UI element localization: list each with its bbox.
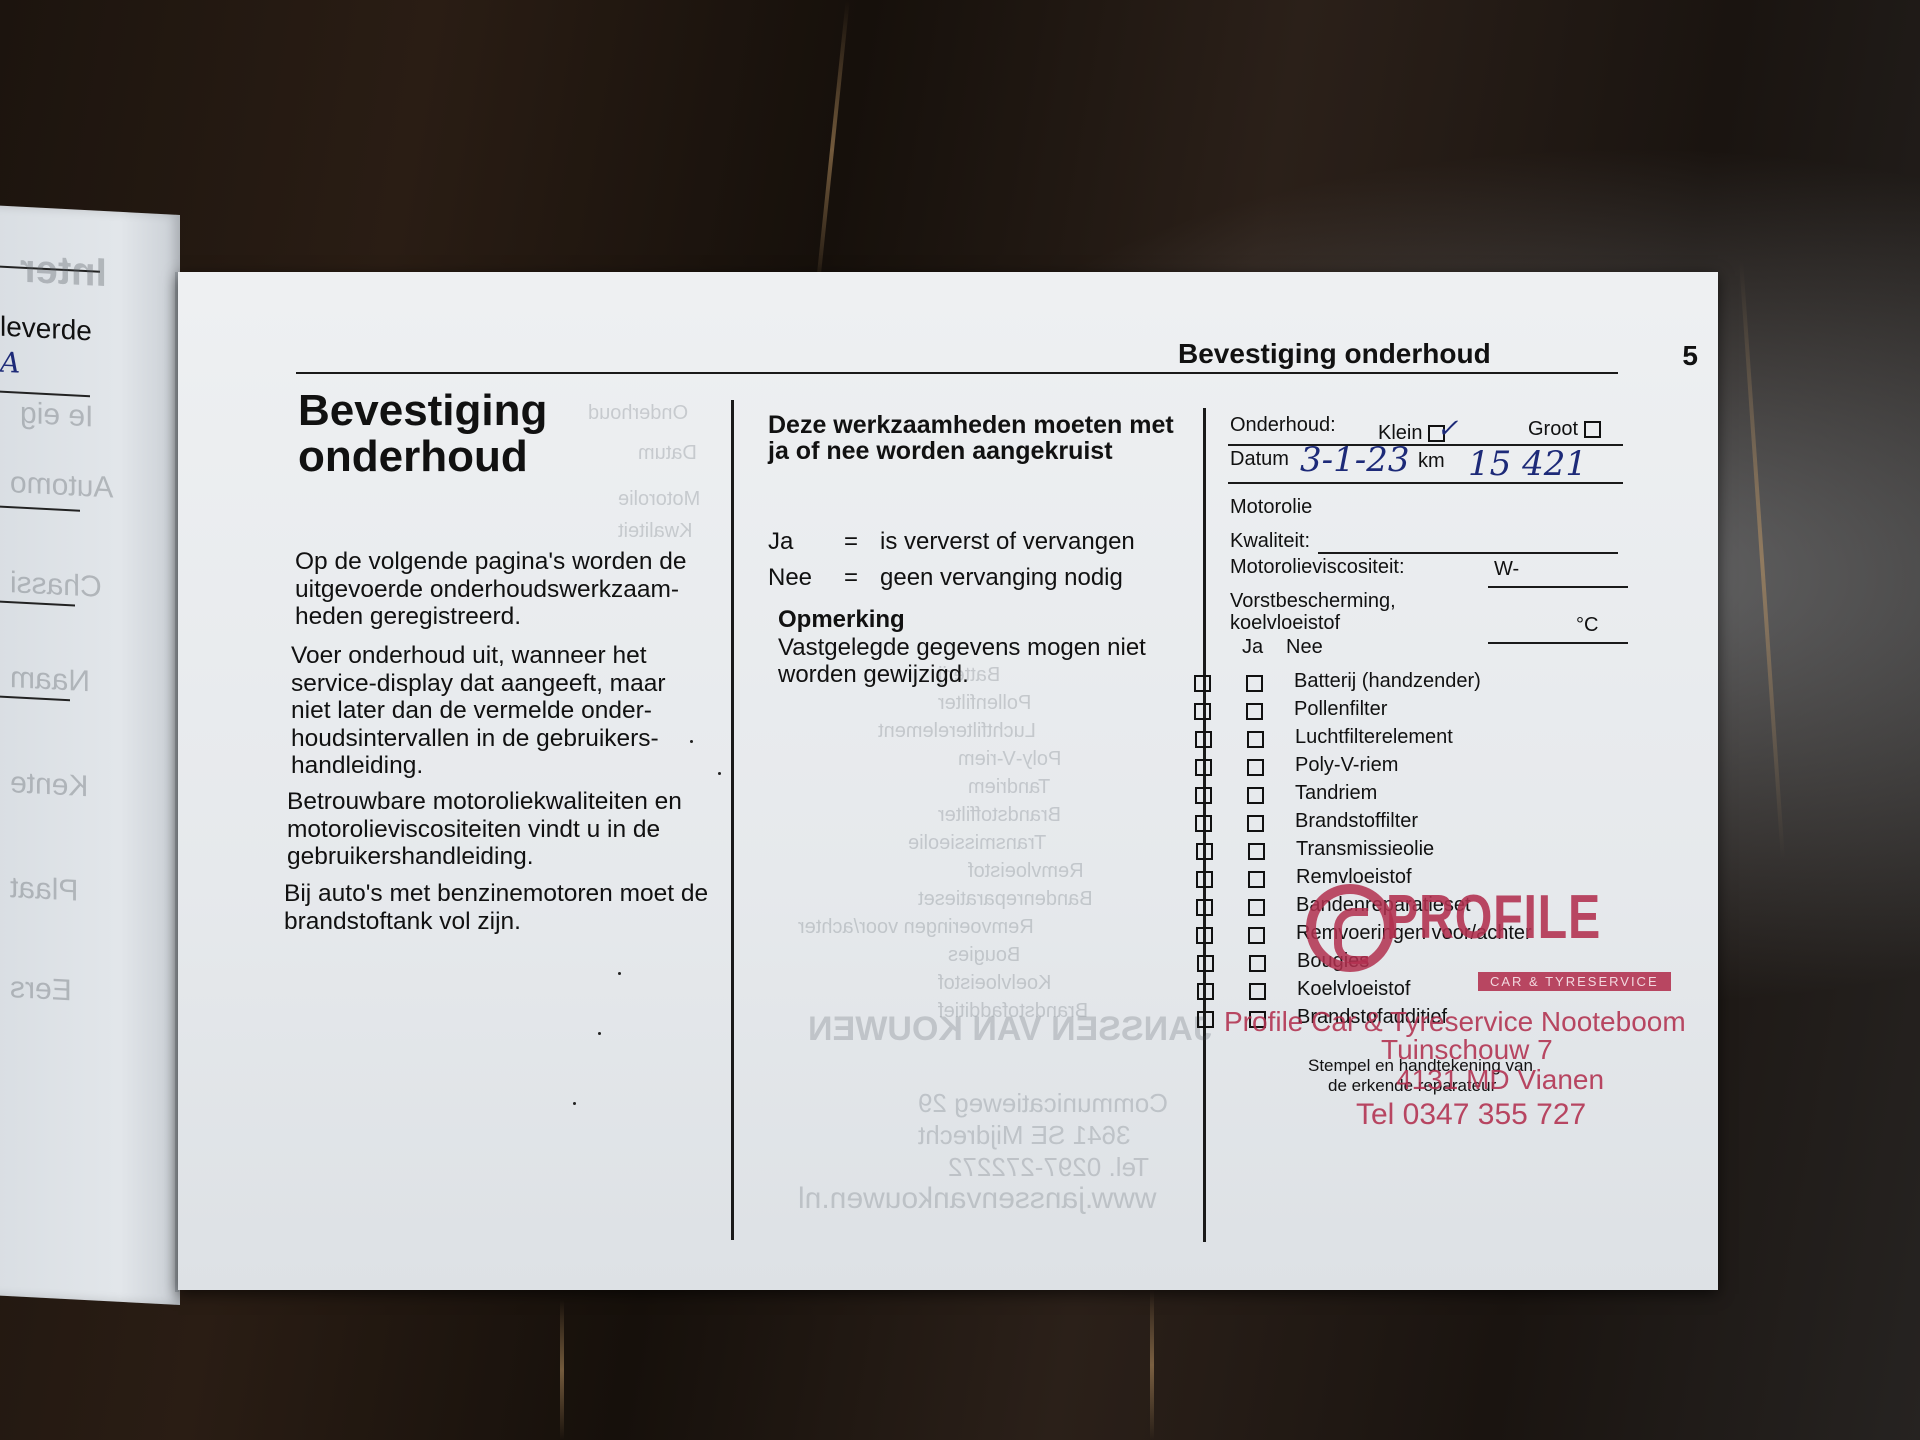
intro-paragraph: Op de volgende pagina's worden de uitgev… [295, 548, 715, 631]
viscositeit-label: Motorolieviscositeit: [1230, 556, 1405, 579]
stamp-city: 4131 MD Vianen [1396, 1064, 1604, 1096]
kwaliteit-label: Kwaliteit: [1230, 530, 1310, 553]
remark-title: Opmerking [778, 606, 905, 634]
bleed-through-text: Pollenfilter [938, 692, 1031, 715]
bleed-through-text: Automo [10, 466, 113, 505]
form-rule [0, 390, 90, 398]
stamp-phone: Tel 0347 355 727 [1356, 1098, 1586, 1132]
bleed-through-stamp: www.janssenvankouwen.nl [798, 1182, 1157, 1216]
marble-vein [1739, 261, 1785, 860]
checklist-item-label: Koelvloeistof [1297, 978, 1410, 1001]
form-rule [1228, 482, 1623, 484]
motorolie-label: Motorolie [1230, 496, 1312, 519]
ja-checkbox[interactable] [1195, 815, 1212, 832]
viscositeit-prefix: W- [1494, 558, 1519, 581]
nee-checkbox[interactable] [1248, 843, 1265, 860]
handwritten-entry: A [0, 346, 20, 380]
ja-checkbox[interactable] [1197, 1011, 1214, 1028]
nee-checkbox[interactable] [1246, 703, 1263, 720]
bleed-through-text: Kente [10, 766, 88, 804]
km-label: km [1418, 450, 1445, 473]
bleed-through-stamp: Communicatieweg 29 [918, 1088, 1168, 1119]
ink-speck [618, 972, 621, 975]
stamp-street: Tuinschouw 7 [1381, 1034, 1553, 1066]
onderhoud-label: Onderhoud: [1230, 414, 1336, 437]
bleed-through-text: Naam [10, 661, 90, 699]
page-title: Bevestiging onderhoud [298, 388, 547, 480]
ja-checkbox[interactable] [1195, 731, 1212, 748]
intro-paragraph: Voer onderhoud uit, wanneer het service-… [291, 642, 696, 780]
legend-key: Nee [768, 564, 812, 592]
bleed-through-text: Chassi [10, 566, 102, 605]
datum-label: Datum [1230, 448, 1289, 471]
datum-value[interactable]: 3-1-23 [1300, 440, 1410, 480]
column-nee-header: Nee [1286, 636, 1323, 659]
ja-checkbox[interactable] [1194, 675, 1211, 692]
bleed-through-text: Motorolie [618, 488, 700, 511]
legend-equals: = [844, 528, 858, 556]
checklist-item-label: Transmissieolie [1296, 838, 1434, 861]
title-line: Bevestiging [298, 388, 547, 434]
legend-meaning: is ververst of vervangen [880, 528, 1135, 556]
viscositeit-field[interactable] [1488, 586, 1628, 588]
ink-speck [598, 1032, 601, 1035]
bleed-through-text: Onderhoud [588, 402, 688, 425]
service-page: Bevestiging onderhoud 5 Onderhoud Datum … [178, 272, 1718, 1290]
km-value[interactable]: 15 421 [1468, 444, 1587, 484]
bleed-through-text: Brandstoffilter [938, 804, 1061, 827]
bleed-through-stamp: 3641 SE Mijdrecht [918, 1120, 1130, 1151]
bleed-through-text: Eers [10, 971, 72, 1008]
nee-checkbox[interactable] [1248, 871, 1265, 888]
groot-checkbox[interactable] [1584, 421, 1601, 438]
bleed-through-stamp: JANSSEN VAN KOUWEN [808, 1010, 1212, 1049]
bleed-through-text: Ie eig [20, 397, 93, 435]
checklist-item-label: Batterij (handzender) [1294, 670, 1481, 693]
bleed-through-text: Koelvloeistof [938, 972, 1051, 995]
nee-checkbox[interactable] [1247, 731, 1264, 748]
title-line: onderhoud [298, 434, 547, 480]
nee-checkbox[interactable] [1248, 899, 1265, 916]
legend-key: Ja [768, 528, 793, 556]
nee-checkbox[interactable] [1249, 983, 1266, 1000]
ja-checkbox[interactable] [1195, 759, 1212, 776]
stamp-brand: PROFILE [1386, 882, 1601, 953]
marble-vein [1150, 1290, 1154, 1440]
nee-checkbox[interactable] [1247, 787, 1264, 804]
instructions-heading: Deze werkzaamheden moeten met ja of nee … [768, 412, 1188, 464]
ja-checkbox[interactable] [1196, 899, 1213, 916]
marble-vein [560, 1300, 564, 1440]
ja-checkbox[interactable] [1196, 843, 1213, 860]
bleed-through-text: Plaat [10, 871, 78, 909]
nee-checkbox[interactable] [1247, 759, 1264, 776]
legend-equals: = [844, 564, 858, 592]
left-page-text: leverde [0, 311, 92, 348]
nee-checkbox[interactable] [1248, 927, 1265, 944]
ink-speck [573, 1102, 576, 1105]
intro-paragraph: Bij auto's met benzinemotoren moet de br… [284, 880, 714, 935]
bleed-through-text: Transmissieolie [908, 832, 1046, 855]
ja-checkbox[interactable] [1197, 983, 1214, 1000]
checklist-item-label: Pollenfilter [1294, 698, 1387, 721]
column-divider [731, 400, 734, 1240]
bleed-through-text: Inter [20, 247, 107, 297]
intro-paragraph: Betrouwbare motoroliekwaliteiten en moto… [287, 788, 717, 871]
previous-page: leverde A Inter Ie eig Automo Chassi Naa… [0, 205, 180, 1305]
checklist-item-label: Brandstoffilter [1295, 810, 1418, 833]
column-ja-header: Ja [1242, 636, 1263, 659]
profile-logo-icon [1306, 884, 1394, 972]
groot-label: Groot [1528, 418, 1578, 440]
marble-vein [814, 1, 849, 300]
nee-checkbox[interactable] [1246, 675, 1263, 692]
legend-meaning: geen vervanging nodig [880, 564, 1123, 592]
bleed-through-stamp: Tel. 0297-272272 [948, 1152, 1149, 1183]
vorst-field[interactable] [1488, 642, 1628, 644]
ja-checkbox[interactable] [1196, 927, 1213, 944]
bleed-through-text: Datum [638, 442, 697, 465]
ja-checkbox[interactable] [1195, 787, 1212, 804]
ja-checkbox[interactable] [1196, 871, 1213, 888]
remark-text: Vastgelegde gegevens mogen niet worden g… [778, 634, 1198, 688]
ink-speck [648, 832, 651, 835]
bleed-through-text: Bandenreparatieset [918, 888, 1093, 911]
checklist-item-label: Luchtfilterelement [1295, 726, 1453, 749]
groot-option[interactable]: Groot [1528, 418, 1601, 441]
kwaliteit-field[interactable] [1318, 552, 1618, 554]
ja-checkbox[interactable] [1197, 955, 1214, 972]
bleed-through-text: Poly-V-riem [958, 748, 1061, 771]
bleed-through-text: Remvloeistof [968, 860, 1084, 883]
bleed-through-text: Tandriem [968, 776, 1050, 799]
nee-checkbox[interactable] [1249, 955, 1266, 972]
stamp-tagline: CAR & TYRESERVICE [1478, 972, 1671, 991]
bleed-through-text: Bougies [948, 944, 1020, 967]
ink-speck [690, 740, 693, 743]
nee-checkbox[interactable] [1247, 815, 1264, 832]
ja-checkbox[interactable] [1194, 703, 1211, 720]
checkmark-icon: ✓ [1437, 414, 1459, 444]
bleed-through-text: Kwaliteit [618, 520, 692, 543]
bleed-through-text: Luchtfilterelement [878, 720, 1036, 743]
checklist-item-label: Poly-V-riem [1295, 754, 1398, 777]
bleed-through-text: Remvoeringen voor/achter [798, 916, 1034, 939]
vorst-label: koelvloeistof [1230, 612, 1340, 635]
ink-speck [718, 772, 721, 775]
vorst-label: Vorstbescherming, [1230, 590, 1396, 613]
form-rule [0, 505, 80, 512]
vorst-unit: °C [1576, 614, 1598, 637]
checklist-item-label: Tandriem [1295, 782, 1377, 805]
